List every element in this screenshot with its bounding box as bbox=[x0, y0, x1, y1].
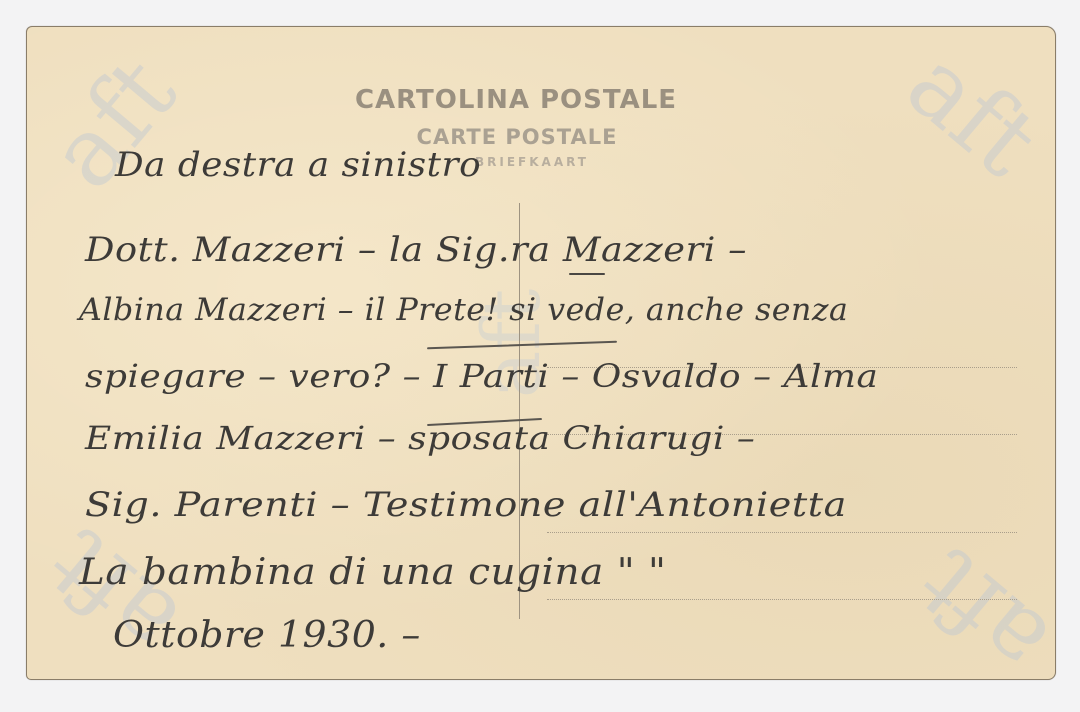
handwritten-line-5: Emilia Mazzeri – sposata Chiarugi – bbox=[85, 419, 755, 457]
handwritten-line-6: Sig. Parenti – Testimone all'Antonietta bbox=[85, 485, 847, 525]
handwritten-line-1: Da destra a sinistro bbox=[115, 145, 481, 185]
postcard: aft aft aft aft aft CARTOLINA POSTALE CA… bbox=[26, 26, 1056, 680]
handwritten-line-3: Albina Mazzeri – il Prete! si vede, anch… bbox=[79, 292, 848, 328]
handwritten-line-8: Ottobre 1930. – bbox=[113, 615, 421, 656]
ink-stroke bbox=[427, 341, 617, 349]
address-line-4 bbox=[547, 599, 1017, 600]
handwritten-line-2: Dott. Mazzeri – la Sig.ra Mazzeri – bbox=[85, 230, 747, 270]
printed-title-italian: CARTOLINA POSTALE bbox=[311, 85, 721, 115]
handwritten-line-7: La bambina di una cugina " " bbox=[79, 552, 666, 593]
handwritten-line-4: spiegare – vero? – I Parti – Osvaldo – A… bbox=[85, 357, 878, 395]
ink-stroke bbox=[569, 273, 605, 275]
watermark-bottom-right: aft bbox=[896, 528, 1069, 698]
address-line-3 bbox=[547, 532, 1017, 533]
watermark-top-right: aft bbox=[886, 28, 1059, 198]
